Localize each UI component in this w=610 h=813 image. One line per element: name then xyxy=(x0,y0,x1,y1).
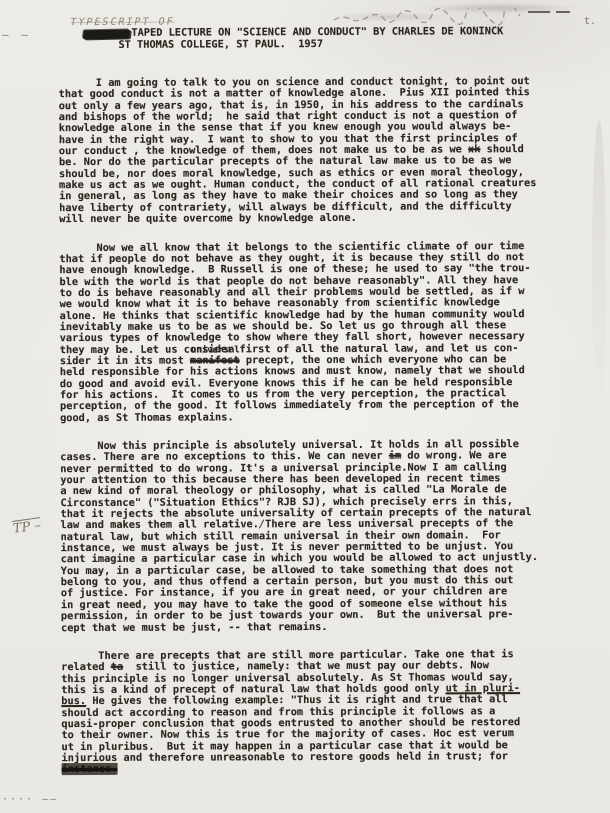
document-body: I am going to talk to you on science and… xyxy=(59,76,572,776)
text-line: good, as St Thomas explains. xyxy=(60,411,570,425)
margin-annotation: TP – xyxy=(12,518,42,537)
paragraph: Now this principle is absolutely univers… xyxy=(60,439,571,634)
text-line: will never be quite overcome by knowledg… xyxy=(59,212,569,226)
scan-smudge xyxy=(592,120,606,420)
pencil-dash-mark: — – xyxy=(2,28,31,41)
redacted-text-blot xyxy=(83,29,130,39)
typescript-text-block: TYPESCRIPT OF TAPED LECTURE ON "SCIENCE … xyxy=(58,15,571,793)
title-line-2: ST THOMAS COLLEGE, ST PAUL. 1957 xyxy=(118,38,568,51)
paragraph: Now we all know that it belongs to the s… xyxy=(59,240,570,424)
scanned-typescript-page: — – t. TP – ···· —— TYPESCRIPT OF TAPED … xyxy=(0,0,610,813)
text-line: instance. xyxy=(62,762,572,776)
text-line: cept that we must be just, -- that remai… xyxy=(61,620,571,634)
typed-insertion-above-line: universal xyxy=(191,346,240,355)
paragraph: I am going to talk to you on science and… xyxy=(59,76,570,226)
title-line-1: TAPED LECTURE ON "SCIENCE AND CONDUCT" B… xyxy=(83,26,568,39)
pencil-tick-mark: t. xyxy=(584,16,596,27)
pencil-dash-mark: ···· —— xyxy=(2,794,58,805)
paragraph: There are precepts that are still more p… xyxy=(61,649,572,776)
